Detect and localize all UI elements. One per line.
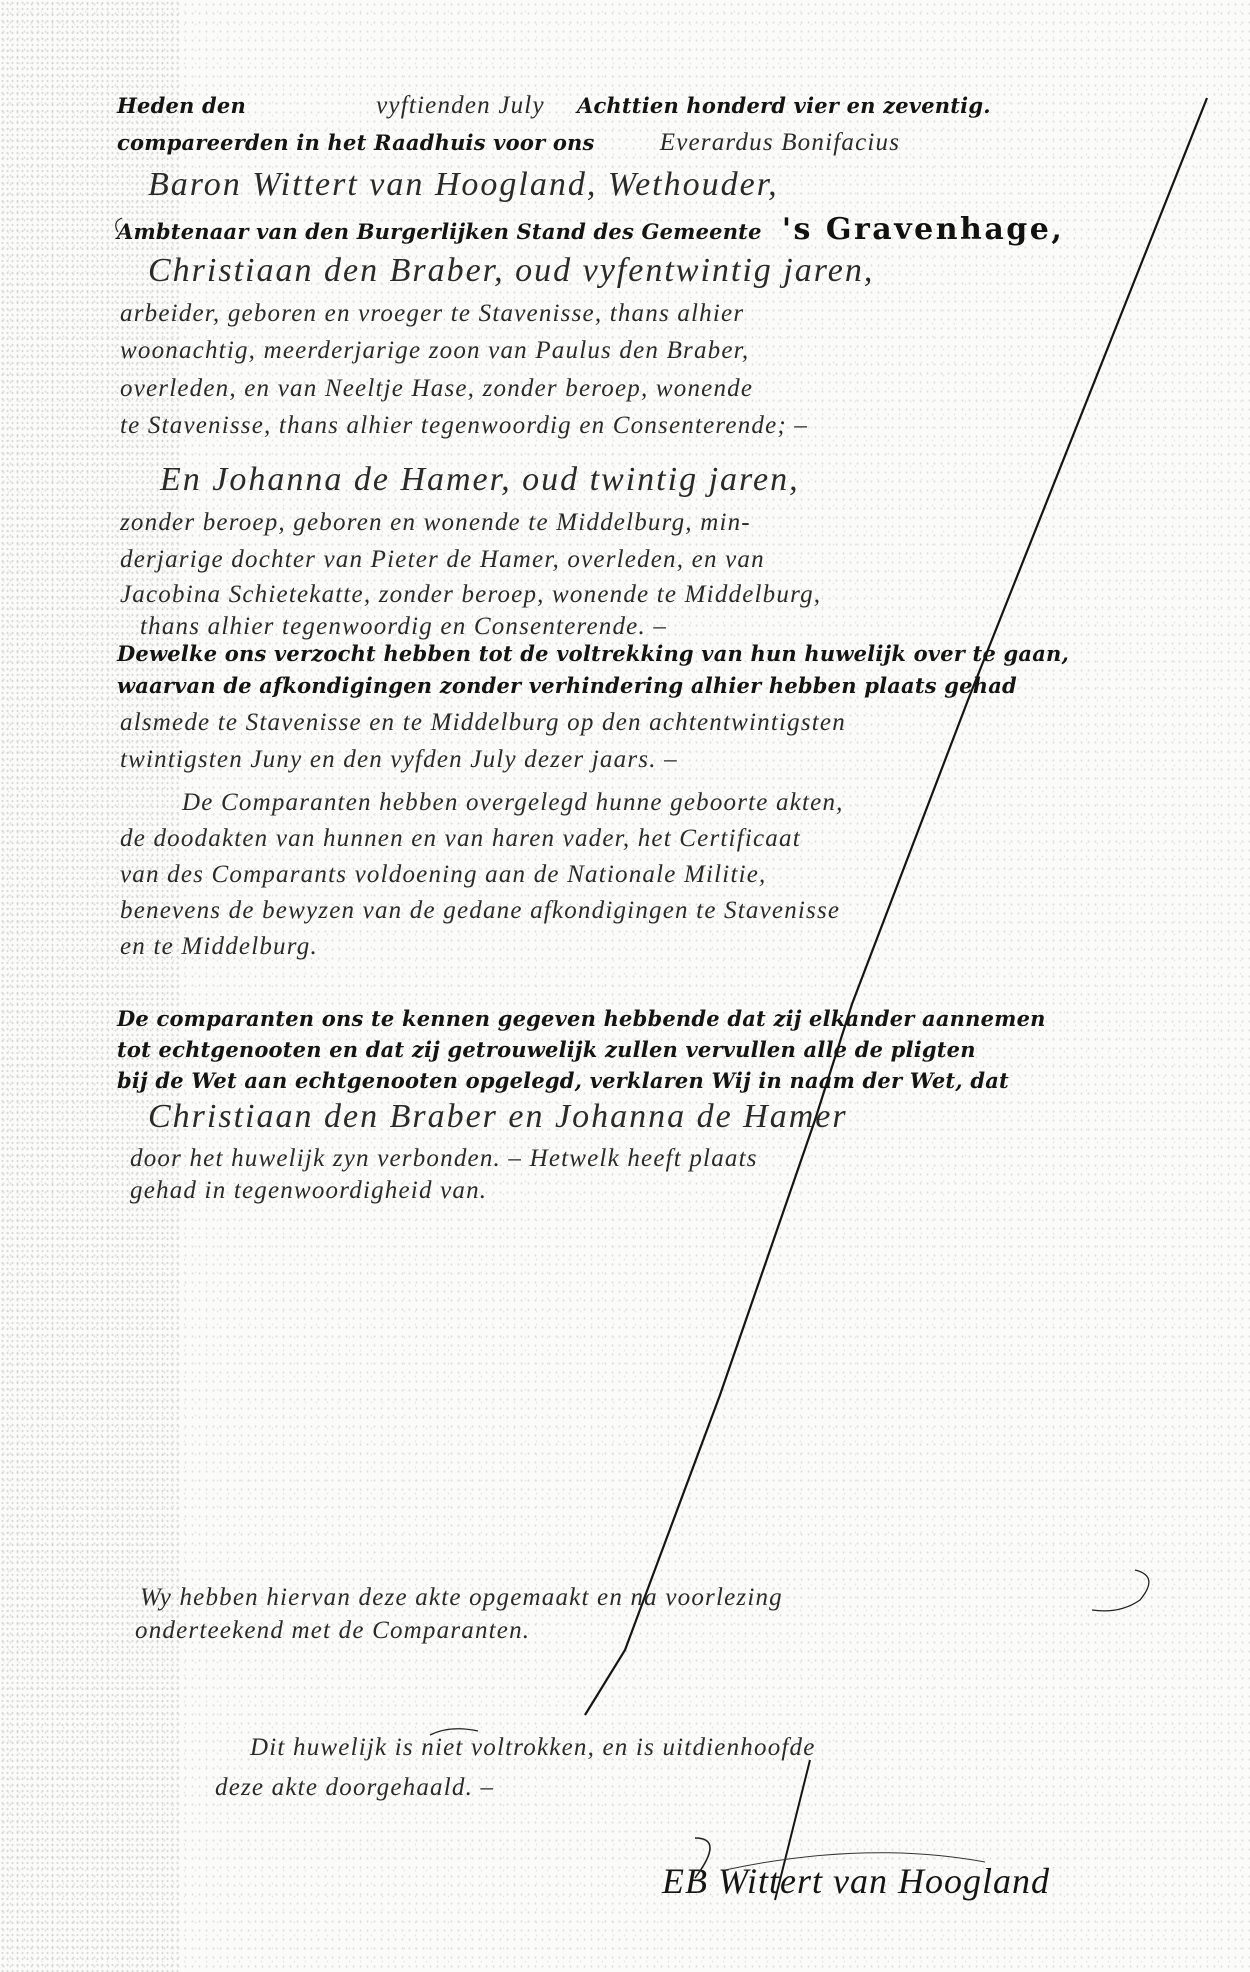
declaration-printed-line: bij de Wet aan echtgenooten opgelegd, ve… xyxy=(117,1070,1009,1091)
scan-noise-margin xyxy=(0,0,180,1972)
declaration-printed-line: tot echtgenooten en dat zij getrouwelijk… xyxy=(117,1039,976,1060)
header-line-2: compareerden in het Raadhuis voor ons Ev… xyxy=(117,130,900,155)
documents-line: De Comparanten hebben overgelegd hunne g… xyxy=(182,790,844,815)
request-hand-line: twintigsten Juny en den vyfden July deze… xyxy=(120,747,678,772)
groom-line: overleden, en van Neeltje Hase, zonder b… xyxy=(120,376,753,401)
annotation-line: deze akte doorgehaald. – xyxy=(215,1775,494,1800)
cancellation-stroke xyxy=(0,0,1250,1972)
request-printed-line: waarvan de afkondigingen zonder verhinde… xyxy=(117,675,1017,696)
paper-texture xyxy=(0,0,1250,1972)
annotation-line: Dit huwelijk is niet voltrokken, en is u… xyxy=(250,1735,816,1760)
bride-line: zonder beroep, geboren en wonende te Mid… xyxy=(120,510,751,535)
printed-ambtenaar: Ambtenaar van den Burgerlijken Stand des… xyxy=(117,219,762,244)
official-signature: EB Wittert van Hoogland xyxy=(662,1860,1050,1902)
closing-line: Wy hebben hiervan deze akte opgemaakt en… xyxy=(140,1585,783,1610)
documents-line: de doodakten van hunnen en van haren vad… xyxy=(120,826,801,851)
header-line-3: Baron Wittert van Hoogland, Wethouder, xyxy=(148,168,779,202)
groom-line: arbeider, geboren en vroeger te Stavenis… xyxy=(120,301,744,326)
bride-line: derjarige dochter van Pieter de Hamer, o… xyxy=(120,547,765,572)
groom-line: Christiaan den Braber, oud vyfentwintig … xyxy=(148,254,874,288)
header-line-4: Ambtenaar van den Burgerlijken Stand des… xyxy=(117,215,1064,245)
printed-heden-den: Heden den xyxy=(117,93,246,118)
header-line-1: Heden den vyftienden July Achttien honde… xyxy=(117,93,991,118)
declaration-hand-line: gehad in tegenwoordigheid van. xyxy=(130,1178,487,1203)
hand-official-first-names: Everardus Bonifacius xyxy=(660,129,900,156)
closing-line: onderteekend met de Comparanten. xyxy=(135,1618,530,1643)
hand-date: vyftienden July xyxy=(376,92,545,119)
bride-line: Jacobina Schietekatte, zonder beroep, wo… xyxy=(120,582,821,607)
groom-line: woonachtig, meerderjarige zoon van Paulu… xyxy=(120,338,749,363)
declaration-hand-line: door het huwelijk zyn verbonden. – Hetwe… xyxy=(130,1146,758,1171)
printed-compareerden: compareerden in het Raadhuis voor ons xyxy=(117,130,595,155)
printed-year: Achttien honderd vier en zeventig. xyxy=(577,93,991,118)
groom-line: te Stavenisse, thans alhier tegenwoordig… xyxy=(120,413,808,438)
documents-line: benevens de bewyzen van de gedane afkond… xyxy=(120,898,840,923)
bride-line: En Johanna de Hamer, oud twintig jaren, xyxy=(160,463,800,497)
municipality-name: 's Gravenhage, xyxy=(782,212,1064,247)
bride-line: thans alhier tegenwoordig en Consenteren… xyxy=(140,614,667,639)
declaration-printed-line: De comparanten ons te kennen gegeven heb… xyxy=(117,1008,1046,1029)
request-printed-line: Dewelke ons verzocht hebben tot de voltr… xyxy=(117,643,1069,664)
hand-official-name: Baron Wittert van Hoogland, Wethouder, xyxy=(148,166,779,203)
documents-line: en te Middelburg. xyxy=(120,934,318,959)
documents-line: van des Comparants voldoening aan de Nat… xyxy=(120,862,767,887)
couple-names: Christiaan den Braber en Johanna de Hame… xyxy=(148,1100,848,1134)
request-hand-line: alsmede te Stavenisse en te Middelburg o… xyxy=(120,710,846,735)
